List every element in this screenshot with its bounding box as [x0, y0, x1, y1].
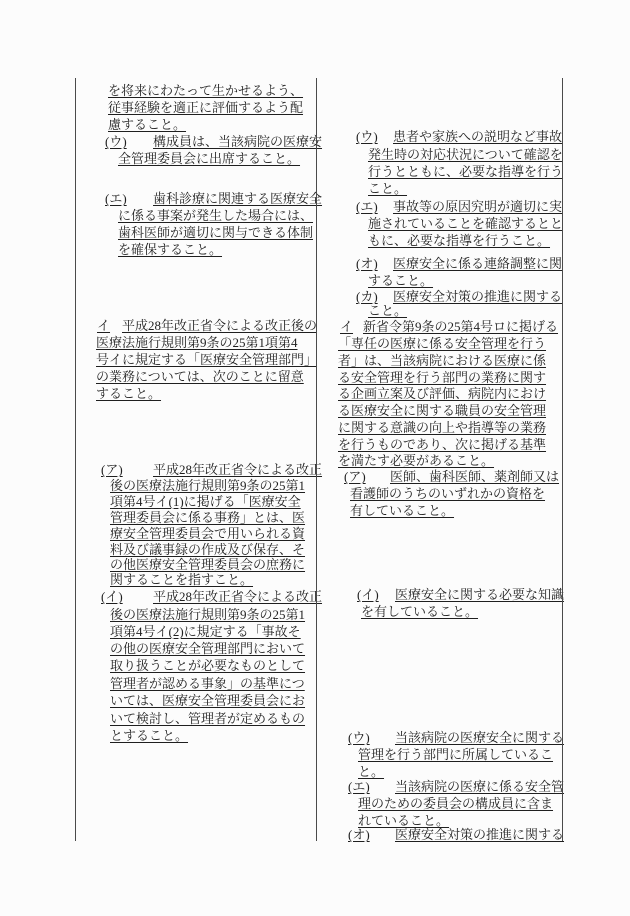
text-line: 行うとともに、必要な指導を行う	[368, 164, 563, 181]
text-line: 看護師のうちのいずれかの資格を	[350, 486, 545, 503]
text-line: 事故等の原因究明が適切に実	[393, 199, 562, 216]
text-line: 発生時の対応状況について確認を	[368, 147, 563, 164]
item-marker: (ウ)	[356, 129, 378, 146]
text-line: 理のための委員会の構成員に含ま	[358, 796, 553, 813]
item-marker: イ	[340, 319, 353, 336]
text-line: を行うものであり、次に掲げる基準	[338, 437, 546, 454]
text-line: 施されていることを確認するとと	[368, 216, 563, 233]
text-line: 医師、歯科医師、薬剤師又は	[390, 469, 559, 486]
text-line: 当該病院の医療安全に関する	[395, 730, 564, 747]
text-line: 医療安全対策の推進に関する	[393, 289, 562, 306]
column-rule-0	[75, 78, 76, 841]
text-line: 新省令第9条の25第4号ロに掲げる	[363, 319, 558, 336]
text-line: る企画立案及び評価、病院内におけ	[338, 386, 546, 403]
text-line: 患者や家族への説明など事故	[393, 129, 562, 146]
text-line: 者」は、当該病院における医療に係	[338, 353, 546, 370]
text-line: すること。	[368, 273, 433, 290]
text-line: 当該病院の医療に係る安全管	[395, 779, 564, 796]
column-right: (ウ)患者や家族への説明など事故発生時の対応状況について確認を行うとともに、必要…	[0, 0, 630, 916]
text-line: こと。	[368, 303, 407, 320]
text-line: こと。	[368, 181, 407, 198]
text-line: 医療安全に係る連絡調整に関	[393, 256, 562, 273]
text-line: を有していること。	[361, 604, 478, 621]
column-rule-2	[562, 78, 563, 841]
text-line: 医療安全に関する必要な知識	[395, 587, 564, 604]
text-line: 「専任の医療に係る安全管理を行う	[338, 336, 546, 353]
text-line: る安全管理を行う部門の業務に関す	[338, 370, 546, 387]
document-page: を将来にわたって生かせるよう、従事経験を適正に評価するよう配慮すること。(ウ)構…	[0, 0, 630, 916]
item-marker: (エ)	[348, 779, 370, 796]
text-line: 管理を行う部門に所属しているこ	[358, 747, 553, 764]
item-marker: (オ)	[356, 256, 378, 273]
item-marker: (エ)	[356, 199, 378, 216]
text-line: る医療安全に関する職員の安全管理	[338, 403, 546, 420]
text-line: を満たす必要があること。	[338, 453, 494, 470]
item-marker: (ウ)	[348, 730, 370, 747]
text-line: もに、必要な指導を行うこと。	[368, 233, 550, 250]
item-marker: (オ)	[348, 827, 370, 844]
item-marker: (ア)	[344, 469, 366, 486]
text-line: 有していること。	[350, 503, 454, 520]
item-marker: (イ)	[357, 587, 379, 604]
text-line: に関する意識の向上や指導等の業務	[338, 420, 546, 437]
text-line: 医療安全対策の推進に関する	[395, 827, 564, 844]
column-rule-1	[316, 78, 317, 841]
